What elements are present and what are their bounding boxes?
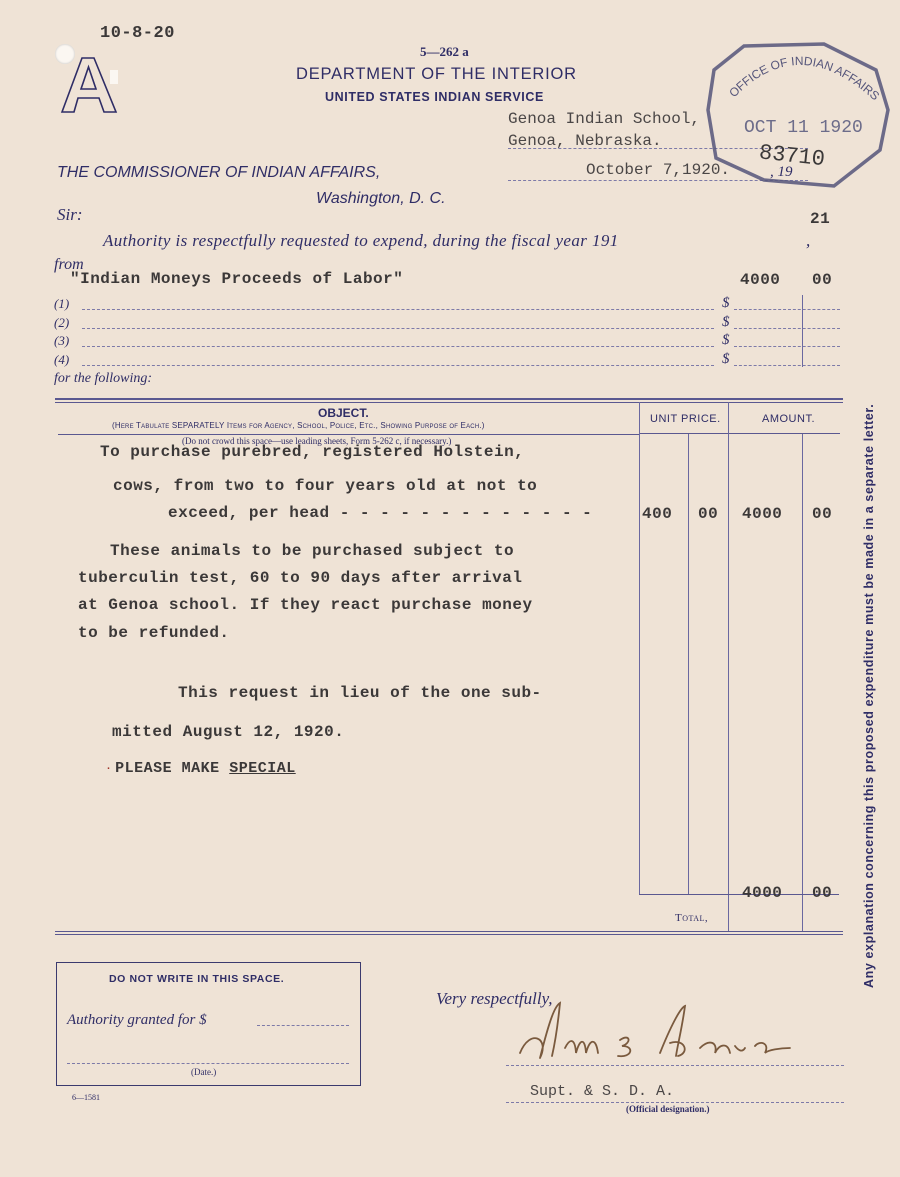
signature-line[interactable] bbox=[506, 1065, 844, 1066]
condition-line: These animals to be purchased subject to bbox=[110, 542, 514, 560]
office-box-heading: DO NOT WRITE IN THIS SPACE. bbox=[109, 973, 284, 985]
col-divider-unit-cents bbox=[688, 434, 689, 894]
special-underlined: SPECIAL bbox=[229, 760, 296, 777]
fund-line-label: (4) bbox=[54, 352, 69, 368]
amount-dollars: 4000 bbox=[742, 505, 782, 523]
dollar-sign: $ bbox=[722, 351, 730, 368]
fund-line-4[interactable] bbox=[82, 365, 714, 366]
total-dollars: 4000 bbox=[742, 884, 782, 902]
fund-amount-cents: 00 bbox=[812, 271, 832, 289]
condition-line: at Genoa school. If they react purchase … bbox=[78, 596, 533, 614]
date-label: (Date.) bbox=[191, 1067, 216, 1077]
condition-line: to be refunded. bbox=[78, 624, 230, 642]
item-line: cows, from two to four years old at not … bbox=[113, 477, 537, 495]
form-code: 6—1581 bbox=[72, 1093, 100, 1102]
unit-price-header: UNIT PRICE. bbox=[650, 413, 721, 425]
received-stamp: OFFICE OF INDIAN AFFAIRS OCT 11 1920 837… bbox=[704, 40, 894, 190]
addressee-city: Washington, D. C. bbox=[316, 190, 446, 208]
stamp-date: OCT 11 1920 bbox=[744, 118, 863, 138]
side-note: Any explanation concerning this proposed… bbox=[862, 404, 876, 988]
cents-divider bbox=[802, 295, 803, 367]
class-letter-a bbox=[60, 54, 118, 114]
table-top-rule bbox=[55, 398, 843, 400]
dollar-sign: $ bbox=[722, 332, 730, 349]
table-bottom-rule bbox=[55, 931, 843, 932]
authority-granted-label: Authority granted for $ bbox=[67, 1012, 207, 1029]
request-comma: , bbox=[806, 231, 810, 251]
special-prefix: PLEASE MAKE bbox=[115, 760, 229, 777]
request-text: Authority is respectfully requested to e… bbox=[103, 231, 619, 251]
school-name: Genoa Indian School, bbox=[508, 110, 700, 128]
signature bbox=[510, 998, 810, 1070]
form-number: 5—262 a bbox=[420, 44, 469, 60]
col-divider-unit bbox=[639, 402, 640, 894]
object-header-rule bbox=[58, 434, 640, 435]
price-header-rule bbox=[640, 433, 840, 434]
date-field[interactable] bbox=[67, 1063, 349, 1064]
addressee-title: THE COMMISSIONER OF INDIAN AFFAIRS, bbox=[57, 164, 380, 182]
fiscal-year: 21 bbox=[810, 210, 830, 228]
fund-line-1-amount[interactable] bbox=[734, 309, 840, 310]
special-note: · PLEASE MAKE SPECIAL bbox=[106, 759, 296, 777]
amount-header: AMOUNT. bbox=[762, 413, 815, 425]
fund-amount-dollars: 4000 bbox=[740, 271, 780, 289]
designation-line[interactable] bbox=[506, 1102, 844, 1103]
department-title: DEPARTMENT OF THE INTERIOR bbox=[296, 65, 577, 84]
fund-line-1[interactable] bbox=[82, 309, 714, 310]
item-line: To purchase purebred, registered Holstei… bbox=[100, 443, 524, 461]
condition-line: tuberculin test, 60 to 90 days after arr… bbox=[78, 569, 522, 587]
salutation: Sir: bbox=[57, 205, 83, 225]
fund-line-label: (2) bbox=[54, 315, 69, 331]
lieu-line: mitted August 12, 1920. bbox=[112, 723, 344, 741]
stamp-number: 83710 bbox=[758, 140, 826, 172]
fund-line-label: (1) bbox=[54, 296, 69, 312]
item-line: exceed, per head - - - - - - - - - - - -… bbox=[168, 504, 592, 522]
stamped-date: 10-8-20 bbox=[100, 24, 175, 43]
fund-name: "Indian Moneys Proceeds of Labor" bbox=[70, 270, 403, 288]
fund-line-2-amount[interactable] bbox=[734, 328, 840, 329]
amount-cents: 00 bbox=[812, 505, 832, 523]
subtotal-rule bbox=[639, 894, 839, 895]
dollar-sign: $ bbox=[722, 314, 730, 331]
dollar-sign: $ bbox=[722, 295, 730, 312]
designation-label: (Official designation.) bbox=[626, 1104, 710, 1114]
object-subheader: (Here Tabulate SEPARATELY Items for Agen… bbox=[112, 421, 485, 430]
total-label: Total, bbox=[675, 912, 708, 924]
fund-line-3[interactable] bbox=[82, 346, 714, 347]
official-designation: Supt. & S. D. A. bbox=[530, 1083, 674, 1100]
table-top-rule-2 bbox=[55, 402, 843, 403]
col-divider-amount bbox=[728, 402, 729, 932]
col-divider-amount-cents bbox=[802, 434, 803, 932]
total-cents: 00 bbox=[812, 884, 832, 902]
unit-price-dollars: 400 bbox=[642, 505, 672, 523]
unit-price-cents: 00 bbox=[698, 505, 718, 523]
fund-line-label: (3) bbox=[54, 333, 69, 349]
office-use-box: DO NOT WRITE IN THIS SPACE. Authority gr… bbox=[56, 962, 361, 1086]
fund-line-3-amount[interactable] bbox=[734, 346, 840, 347]
fund-line-2[interactable] bbox=[82, 328, 714, 329]
fund-line-4-amount[interactable] bbox=[734, 365, 840, 366]
object-header: OBJECT. bbox=[318, 406, 369, 420]
for-following-label: for the following: bbox=[54, 371, 152, 387]
authority-granted-field[interactable] bbox=[257, 1025, 349, 1026]
service-title: UNITED STATES INDIAN SERVICE bbox=[325, 90, 544, 104]
lieu-line: This request in lieu of the one sub- bbox=[178, 684, 542, 702]
table-bottom-rule-2 bbox=[55, 934, 843, 935]
